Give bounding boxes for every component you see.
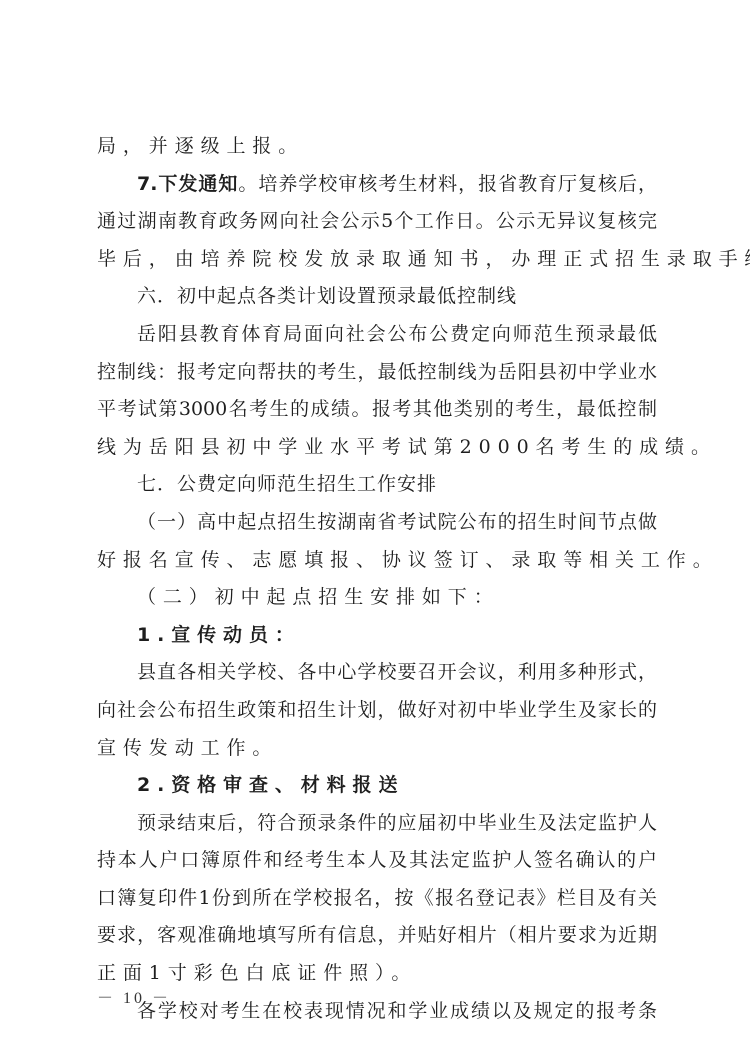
subheading-line: 2.资格审查、材料报送 (97, 767, 657, 805)
paragraph-line: 正面1寸彩色白底证件照）。 (97, 955, 657, 993)
paragraph-line: 平考试第3000名考生的成绩。报考其他类别的考生，最低控制 (97, 391, 657, 429)
paragraph-line: 线为岳阳县初中学业水平考试第2000名考生的成绩。 (97, 429, 657, 467)
paragraph-line: 预录结束后，符合预录条件的应届初中毕业生及法定监护人 (97, 805, 657, 843)
paragraph-line: （一）高中起点招生按湖南省考试院公布的招生时间节点做 (97, 504, 657, 542)
document-body: 局，并逐级上报。 7.下发通知。培养学校审核考生材料，报省教育厅复核后， 通过湖… (97, 128, 657, 1030)
section-heading-7: 七．公费定向师范生招生工作安排 (97, 466, 657, 504)
item-7-title: 7.下发通知 (137, 173, 238, 195)
subheading-qualification: 2.资格审查、材料报送 (137, 774, 404, 796)
page-number: － 10 － (97, 985, 171, 1008)
paragraph-line: 各学校对考生在校表现情况和学业成绩以及规定的报考条 (97, 993, 657, 1031)
paragraph-line: 毕后，由培养院校发放录取通知书，办理正式招生录取手续。 (97, 241, 657, 279)
item-7-text: 。培养学校审核考生材料，报省教育厅复核后， (238, 173, 657, 195)
paragraph-line: 通过湖南教育政务网向社会公示5个工作日。公示无异议复核完 (97, 203, 657, 241)
paragraph-line: 岳阳县教育体育局面向社会公布公费定向师范生预录最低 (97, 316, 657, 354)
subheading-publicity: 1.宣传动员： (137, 624, 301, 646)
paragraph-line: 7.下发通知。培养学校审核考生材料，报省教育厅复核后， (97, 166, 657, 204)
paragraph-line: 县直各相关学校、各中心学校要召开会议，利用多种形式， (97, 654, 657, 692)
subheading-line: 1.宣传动员： (97, 617, 657, 655)
paragraph-line: 好报名宣传、志愿填报、协议签订、录取等相关工作。 (97, 542, 657, 580)
paragraph-line: 持本人户口簿原件和经考生本人及其法定监护人签名确认的户 (97, 842, 657, 880)
section-heading-6: 六．初中起点各类计划设置预录最低控制线 (97, 278, 657, 316)
paragraph-line: （二）初中起点招生安排如下： (97, 579, 657, 617)
paragraph-line: 口簿复印件1份到所在学校报名，按《报名登记表》栏目及有关 (97, 880, 657, 918)
paragraph-line: 宣传发动工作。 (97, 730, 657, 768)
paragraph-line: 要求，客观准确地填写所有信息，并贴好相片（相片要求为近期 (97, 917, 657, 955)
paragraph-line: 向社会公布招生政策和招生计划，做好对初中毕业学生及家长的 (97, 692, 657, 730)
paragraph-line: 局，并逐级上报。 (97, 128, 657, 166)
paragraph-line: 控制线：报考定向帮扶的考生，最低控制线为岳阳县初中学业水 (97, 354, 657, 392)
